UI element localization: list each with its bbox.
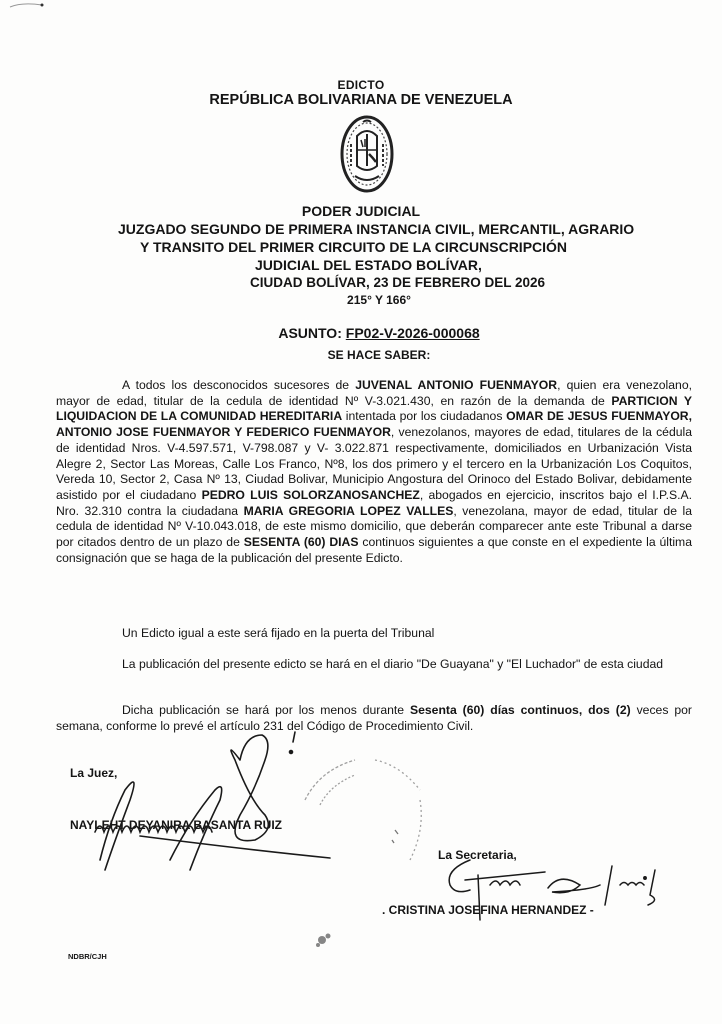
place-and-date: CIUDAD BOLÍVAR, 23 DE FEBRERO DEL 2026 bbox=[250, 275, 650, 290]
drafter-initials: NDBR/CJH bbox=[68, 952, 107, 961]
posting-text: Un Edicto igual a este será fijado en la… bbox=[56, 626, 692, 642]
case-subject-label: ASUNTO: bbox=[278, 325, 345, 341]
duration-paragraph: Dicha publicación se hará por los menos … bbox=[56, 703, 692, 734]
deadline-days: SESENTA (60) DIAS bbox=[244, 535, 359, 549]
judicial-power-heading: PODER JUDICIAL bbox=[0, 203, 722, 219]
posting-paragraph: Un Edicto igual a este será fijado en la… bbox=[56, 626, 692, 642]
text-run: Dicha publicación se hará por los menos … bbox=[122, 703, 410, 717]
court-name-line-1: JUZGADO SEGUNDO DE PRIMERA INSTANCIA CIV… bbox=[118, 221, 678, 237]
publication-text: La publicación del presente edicto se ha… bbox=[56, 657, 692, 673]
edicto-document-page: EDICTO REPÚBLICA BOLIVARIANA DE VENEZUEL… bbox=[0, 0, 722, 1024]
text-run: A todos los desconocidos sucesores de bbox=[122, 378, 355, 392]
independence-years: 215° Y 166° bbox=[0, 293, 722, 307]
court-name-line-2: Y TRANSITO DEL PRIMER CIRCUITO DE LA CIR… bbox=[140, 239, 620, 255]
deceased-name: JUVENAL ANTONIO FUENMAYOR bbox=[355, 378, 557, 392]
secretary-label: La Secretaria, bbox=[438, 848, 517, 862]
country-heading: REPÚBLICA BOLIVARIANA DE VENEZUELA bbox=[0, 92, 722, 108]
stamp-fragment-icon bbox=[316, 934, 331, 948]
publication-paragraph: La publicación del presente edicto se ha… bbox=[56, 657, 692, 673]
publication-duration: Sesenta (60) días continuos, dos (2) bbox=[410, 703, 631, 717]
attorney-name: PEDRO LUIS SOLORZANOSANCHEZ bbox=[202, 488, 420, 502]
case-subject: ASUNTO: FP02-V-2026-000068 bbox=[0, 325, 722, 341]
text-run: intentada por los ciudadanos bbox=[342, 409, 506, 423]
judge-label: La Juez, bbox=[70, 766, 117, 780]
defendant-name: MARIA GREGORIA LOPEZ VALLES bbox=[244, 504, 454, 518]
court-stamp-icon bbox=[305, 760, 421, 860]
secretary-name: . CRISTINA JOSEFINA HERNANDEZ - bbox=[382, 903, 594, 917]
corner-scan-mark bbox=[8, 2, 44, 8]
judge-name: NAYLEHT DEYANIRA BASANTA RUIZ bbox=[70, 818, 282, 832]
judge-signature-icon bbox=[95, 732, 330, 870]
coat-of-arms-icon bbox=[339, 114, 395, 194]
case-number: FP02-V-2026-000068 bbox=[346, 325, 480, 341]
main-notice-paragraph: A todos los desconocidos sucesores de JU… bbox=[56, 378, 692, 566]
court-name-line-3: JUDICIAL DEL ESTADO BOLÍVAR, bbox=[255, 257, 555, 273]
document-type-heading: EDICTO bbox=[0, 78, 722, 92]
notice-heading: SE HACE SABER: bbox=[0, 348, 722, 362]
